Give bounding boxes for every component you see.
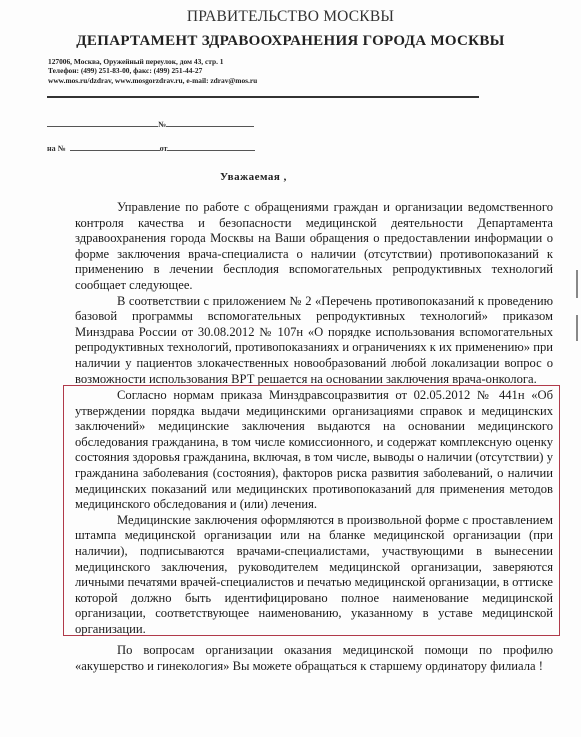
paragraph-3: Согласно нормам приказа Минздравсоцразви… bbox=[75, 388, 553, 513]
contact-block: 127006, Москва, Оружейный переулок, дом … bbox=[48, 57, 257, 85]
paragraph-2: В соответствии с приложением № 2 «Перече… bbox=[75, 294, 553, 388]
reply-number-blank bbox=[70, 141, 160, 151]
intro-paragraphs: Управление по работе с обращениями гражд… bbox=[75, 200, 553, 387]
government-header: ПРАВИТЕЛЬСТВО МОСКВЫ bbox=[0, 8, 581, 26]
letter-page: ПРАВИТЕЛЬСТВО МОСКВЫ ДЕПАРТАМЕНТ ЗДРАВОО… bbox=[0, 0, 581, 737]
salutation: Уважаемая , bbox=[220, 171, 287, 183]
web-line: www.mos.ru/dzdrav, www.mosgorzdrav.ru, e… bbox=[48, 76, 257, 85]
reply-reference-row: на №от bbox=[47, 141, 255, 153]
scan-artifact-line bbox=[576, 270, 578, 298]
header-divider bbox=[47, 96, 479, 98]
paragraph-5: По вопросам организации оказания медицин… bbox=[75, 643, 553, 674]
department-header: ДЕПАРТАМЕНТ ЗДРАВООХРАНЕНИЯ ГОРОДА МОСКВ… bbox=[0, 33, 581, 50]
reply-date-label: от bbox=[160, 144, 168, 153]
scan-artifact-line bbox=[576, 315, 578, 341]
reply-number-label: на № bbox=[47, 144, 66, 153]
closing-paragraph-block: По вопросам организации оказания медицин… bbox=[75, 643, 553, 674]
paragraph-1: Управление по работе с обращениями гражд… bbox=[75, 200, 553, 294]
address-line: 127006, Москва, Оружейный переулок, дом … bbox=[48, 57, 257, 66]
number-blank bbox=[166, 117, 254, 127]
outgoing-number-row: № bbox=[47, 117, 254, 129]
paragraph-4: Медицинские заключения оформляются в про… bbox=[75, 513, 553, 638]
reply-date-blank bbox=[167, 141, 255, 151]
number-label: № bbox=[158, 120, 166, 129]
highlighted-paragraphs: Согласно нормам приказа Минздравсоцразви… bbox=[75, 388, 553, 638]
date-blank bbox=[47, 117, 158, 127]
phone-line: Телефон: (499) 251-83-00, факс: (499) 25… bbox=[48, 66, 257, 75]
